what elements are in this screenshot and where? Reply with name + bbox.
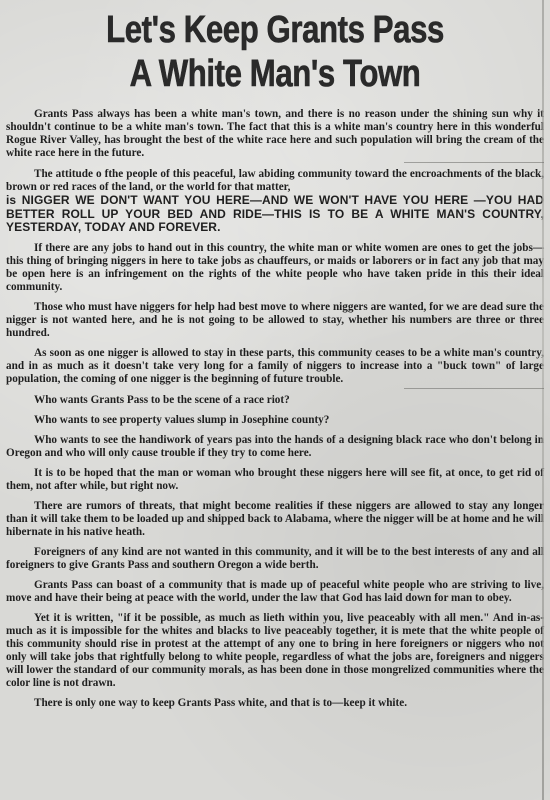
paragraph: It is to be hoped that the man or woman … <box>6 467 544 493</box>
headline-line-1: Let's Keep Grants Pass <box>54 8 495 52</box>
paragraph: Grants Pass always has been a white man'… <box>6 108 544 160</box>
divider <box>404 388 544 389</box>
divider <box>404 162 544 163</box>
paragraph-question: Who wants Grants Pass to be the scene of… <box>6 394 544 407</box>
paragraph: Those who must have niggers for help had… <box>6 301 544 340</box>
paragraph: There are rumors of threats, that might … <box>6 500 544 539</box>
column-rule <box>542 0 544 800</box>
paragraph-question: Who wants to see property values slump i… <box>6 414 544 427</box>
paragraph: Yet it is written, "if it be possible, a… <box>6 612 544 690</box>
headline-line-2: A White Man's Town <box>54 52 495 96</box>
paragraph: As soon as one nigger is allowed to stay… <box>6 347 544 386</box>
paragraph: Grants Pass can boast of a community tha… <box>6 579 544 605</box>
paragraph: If there are any jobs to hand out in thi… <box>6 242 544 294</box>
paragraph: Who wants to see the handiwork of years … <box>6 434 544 460</box>
paragraph-caps: is NIGGER WE DON'T WANT YOU HERE—AND WE … <box>6 194 544 235</box>
headline: Let's Keep Grants Pass A White Man's Tow… <box>6 8 544 96</box>
article-body: Grants Pass always has been a white man'… <box>6 108 544 710</box>
newspaper-page: Let's Keep Grants Pass A White Man's Tow… <box>0 0 550 800</box>
paragraph: There is only one way to keep Grants Pas… <box>6 697 544 710</box>
paragraph: Foreigners of any kind are not wanted in… <box>6 546 544 572</box>
paragraph: The attitude o fthe people of this peace… <box>6 168 544 194</box>
